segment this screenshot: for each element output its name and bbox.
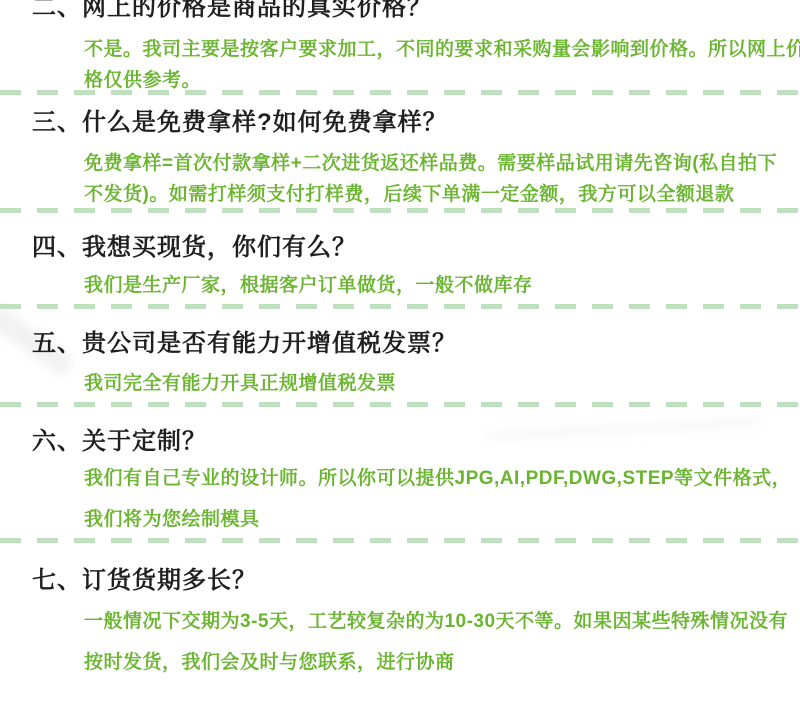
- faq-answer-2: 不是。我司主要是按客户要求加工，不同的要求和采购量会影响到价格。所以网上价 格仅…: [84, 34, 796, 96]
- dashed-divider: [0, 90, 800, 95]
- dashed-divider: [0, 304, 800, 309]
- dashed-divider: [0, 538, 800, 543]
- faq-page: 二、网上的价格是商品的真实价格？ 不是。我司主要是按客户要求加工，不同的要求和采…: [0, 0, 800, 714]
- faq-question-4: 四、我想买现货，你们有么？: [32, 227, 790, 262]
- faq-question-3: 三、什么是免费拿样?如何免费拿样？: [32, 102, 790, 137]
- faq-answer-line: 一般情况下交期为3-5天，工艺较复杂的为10-30天不等。如果因某些特殊情况没有: [84, 601, 796, 642]
- faq-answer-line: 我司完全有能力开具正规增值税发票: [84, 368, 796, 399]
- faq-answer-4: 我们是生产厂家，根据客户订单做货，一般不做库存: [84, 270, 796, 301]
- faq-answer-line: 我们将为您绘制模具: [84, 499, 796, 540]
- faq-answer-7: 一般情况下交期为3-5天，工艺较复杂的为10-30天不等。如果因某些特殊情况没有…: [84, 601, 796, 683]
- faq-answer-line: 按时发货，我们会及时与您联系，进行协商: [84, 642, 796, 683]
- faq-question-6: 六、关于定制？: [32, 421, 790, 456]
- faq-answer-line: 我们有自己专业的设计师。所以你可以提供JPG,AI,PDF,DWG,STEP等文…: [84, 458, 796, 499]
- faq-answer-6: 我们有自己专业的设计师。所以你可以提供JPG,AI,PDF,DWG,STEP等文…: [84, 458, 796, 540]
- dashed-divider: [0, 402, 800, 407]
- faq-answer-line: 我们是生产厂家，根据客户订单做货，一般不做库存: [84, 270, 796, 301]
- faq-answer-5: 我司完全有能力开具正规增值税发票: [84, 368, 796, 399]
- faq-answer-line: 不是。我司主要是按客户要求加工，不同的要求和采购量会影响到价格。所以网上价: [84, 34, 796, 65]
- faq-answer-3: 免费拿样=首次付款拿样+二次进货返还样品费。需要样品试用请先咨询(私自拍下 不发…: [84, 148, 796, 210]
- faq-answer-line: 不发货)。如需打样须支付打样费，后续下单满一定金额，我方可以全额退款: [84, 179, 796, 210]
- faq-question-5: 五、贵公司是否有能力开增值税发票？: [32, 323, 790, 358]
- faq-question-7: 七、订货货期多长？: [32, 560, 790, 595]
- faq-question-2: 二、网上的价格是商品的真实价格？: [32, 0, 790, 22]
- dashed-divider: [0, 208, 800, 213]
- faq-answer-line: 免费拿样=首次付款拿样+二次进货返还样品费。需要样品试用请先咨询(私自拍下: [84, 148, 796, 179]
